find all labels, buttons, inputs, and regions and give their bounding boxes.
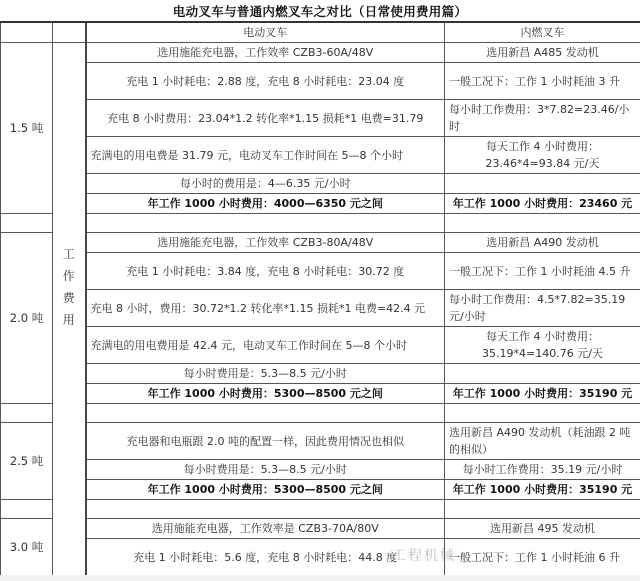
electric-cell: 每小时费用是：5.3—8.5 元/小时 (86, 460, 445, 480)
combustion-cell (445, 364, 640, 384)
electric-cell: 充电 8 小时费用：23.04*1.2 转化率*1.15 损耗*1 电费=31.… (86, 100, 445, 137)
combustion-annual-cost: 年工作 1000 小时费用：35190 元 (445, 480, 640, 500)
electric-cell: 充电 1 小时耗电：2.88 度，充电 8 小时耗电：23.04 度 (86, 63, 445, 100)
table-row: 2.0 吨 选用施能充电器，工作效率 CZB3-80A/48V 选用新昌 A49… (1, 233, 640, 253)
tonnage-2-5: 2.5 吨 (1, 423, 53, 500)
combustion-cell: 一般工况下：工作 1 小时耗油 4.5 升 (445, 253, 640, 290)
electric-cell: 选用施能充电器，工作效率是 CZB3-70A/80V (86, 519, 445, 539)
electric-cell: 每小时的费用是：4—6.35 元/小时 (86, 174, 445, 194)
spacer-row (1, 500, 640, 519)
spacer-cell (1, 404, 53, 423)
electric-cell: 每小时费用是：5.3—8.5 元/小时 (86, 364, 445, 384)
table-row: 年工作 1000 小时费用：5300—8500 元之间 年工作 1000 小时费… (1, 384, 640, 404)
header-electric: 电动叉车 (86, 22, 445, 43)
header-blank-1 (1, 22, 53, 43)
table-row: 每小时费用是：5.3—8.5 元/小时 每小时工作费用：35.19 元/小时 (1, 460, 640, 480)
electric-cell: 充电 1 小时耗电：5.6 度，充电 8 小时耗电：44.8 度 (86, 539, 445, 576)
electric-cell: 充满电的用电费用是 42.4 元，电动叉车工作时间在 5—8 个小时 (86, 327, 445, 364)
table-row: 3.0 吨 选用施能充电器，工作效率是 CZB3-70A/80V 选用新昌 49… (1, 519, 640, 539)
combustion-cell: 选用新昌 495 发动机 (445, 519, 640, 539)
combustion-cell: 一般工况下：工作 1 小时耗油 6 升 (445, 539, 640, 576)
document-title: 电动叉车与普通内燃叉车之对比（日常使用费用篇） (0, 2, 640, 20)
category-char: 用 (57, 309, 81, 331)
table-row: 充电 8 小时，费用：30.72*1.2 转化率*1.15 损耗*1 电费=42… (1, 290, 640, 327)
table-row: 充电 8 小时费用：23.04*1.2 转化率*1.15 损耗*1 电费=31.… (1, 100, 640, 137)
combustion-cell: 每天工作 4 小时费用：35.19*4=140.76 元/天 (445, 327, 640, 364)
table-row: 充电 1 小时耗电：5.6 度，充电 8 小时耗电：44.8 度 一般工况下：工… (1, 539, 640, 576)
spacer-cell (1, 500, 53, 519)
table-row: 1.5 吨 工 作 费 用 选用施能充电器，工作效率 CZB3-60A/48V … (1, 43, 640, 63)
spacer-cell (1, 214, 53, 233)
table-row: 充满电的用电费用是 42.4 元，电动叉车工作时间在 5—8 个小时 每天工作 … (1, 327, 640, 364)
table-header-row: 电动叉车 内燃叉车 (1, 22, 640, 43)
tonnage-3-0: 3.0 吨 (1, 519, 53, 576)
table-row: 2.5 吨 充电器和电瓶跟 2.0 吨的配置一样，因此费用情况也相似 选用新昌 … (1, 423, 640, 460)
header-combustion: 内燃叉车 (445, 22, 640, 43)
spacer-row (1, 214, 640, 233)
table-row: 年工作 1000 小时费用：5300—8500 元之间 年工作 1000 小时费… (1, 480, 640, 500)
combustion-cell: 每小时工作费用：35.19 元/小时 (445, 460, 640, 480)
electric-cell: 充电器和电瓶跟 2.0 吨的配置一样，因此费用情况也相似 (86, 423, 445, 460)
tonnage-2-0: 2.0 吨 (1, 233, 53, 404)
electric-cell: 充电 1 小时耗电：3.84 度，充电 8 小时耗电：30.72 度 (86, 253, 445, 290)
cost-comparison-table: 电动叉车 内燃叉车 1.5 吨 工 作 费 用 选用施能充电器，工作效率 CZB… (0, 21, 640, 576)
spacer-cell (445, 214, 640, 233)
table-row: 充满电的用电费是 31.79 元，电动叉车工作时间在 5—8 个小时 每天工作 … (1, 137, 640, 174)
combustion-annual-cost: 年工作 1000 小时费用：23460 元 (445, 194, 640, 214)
combustion-cell: 每天工作 4 小时费用：23.46*4=93.84 元/天 (445, 137, 640, 174)
spacer-cell (86, 404, 445, 423)
combustion-cell: 每小时工作费用：3*7.82=23.46/小时 (445, 100, 640, 137)
spacer-cell (445, 404, 640, 423)
combustion-cell: 选用新昌 A490 发动机 (445, 233, 640, 253)
spacer-cell (86, 500, 445, 519)
electric-annual-cost: 年工作 1000 小时费用：4000—6350 元之间 (86, 194, 445, 214)
spacer-cell (445, 500, 640, 519)
header-blank-2 (53, 22, 86, 43)
category-char: 工 (57, 243, 81, 265)
bottom-edge (0, 575, 640, 581)
category-char: 费 (57, 287, 81, 309)
electric-cell: 选用施能充电器，工作效率 CZB3-60A/48V (86, 43, 445, 63)
category-cell: 工 作 费 用 (53, 43, 86, 576)
electric-cell: 充电 8 小时，费用：30.72*1.2 转化率*1.15 损耗*1 电费=42… (86, 290, 445, 327)
combustion-cell: 选用新昌 A490 发动机（耗油跟 2 吨的相似） (445, 423, 640, 460)
combustion-cell: 每小时工作费用：4.5*7.82=35.19 元/小时 (445, 290, 640, 327)
table-row: 充电 1 小时耗电：2.88 度，充电 8 小时耗电：23.04 度 一般工况下… (1, 63, 640, 100)
table-row: 年工作 1000 小时费用：4000—6350 元之间 年工作 1000 小时费… (1, 194, 640, 214)
tonnage-1-5: 1.5 吨 (1, 43, 53, 214)
electric-annual-cost: 年工作 1000 小时费用：5300—8500 元之间 (86, 480, 445, 500)
combustion-cell (445, 174, 640, 194)
spacer-row (1, 404, 640, 423)
table-row: 每小时费用是：5.3—8.5 元/小时 (1, 364, 640, 384)
table-row: 每小时的费用是：4—6.35 元/小时 (1, 174, 640, 194)
electric-cell: 选用施能充电器，工作效率 CZB3-80A/48V (86, 233, 445, 253)
combustion-cell: 一般工况下：工作 1 小时耗油 3 升 (445, 63, 640, 100)
category-char: 作 (57, 265, 81, 287)
combustion-annual-cost: 年工作 1000 小时费用：35190 元 (445, 384, 640, 404)
table-row: 充电 1 小时耗电：3.84 度，充电 8 小时耗电：30.72 度 一般工况下… (1, 253, 640, 290)
spacer-cell (86, 214, 445, 233)
combustion-cell: 选用新昌 A485 发动机 (445, 43, 640, 63)
electric-cell: 充满电的用电费是 31.79 元，电动叉车工作时间在 5—8 个小时 (86, 137, 445, 174)
electric-annual-cost: 年工作 1000 小时费用：5300—8500 元之间 (86, 384, 445, 404)
